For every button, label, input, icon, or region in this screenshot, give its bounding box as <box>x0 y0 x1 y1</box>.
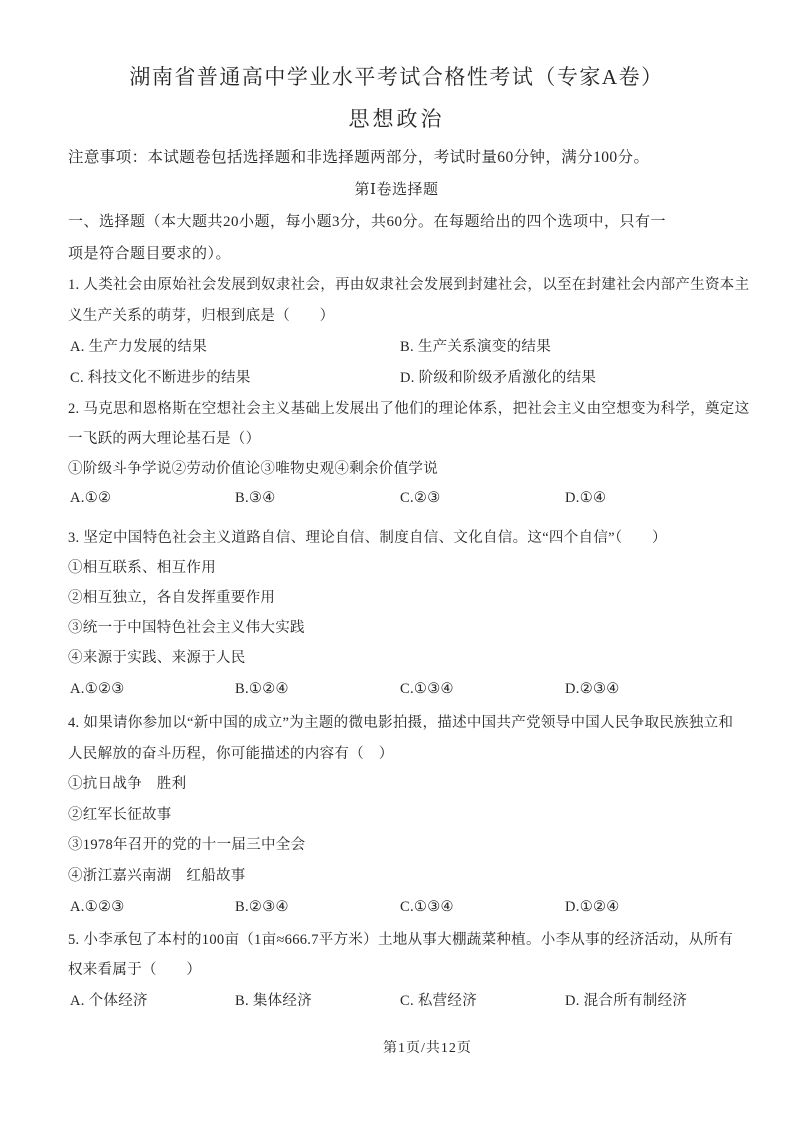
question-3-item-1: ①相互联系、相互作用 <box>68 557 216 579</box>
question-1-stem-line-2: 义生产关系的萌芽，归根到底是（ ） <box>68 305 334 327</box>
exam-notice: 注意事项：本试题卷包括选择题和非选择题两部分，考试时量60分钟，满分100分。 <box>68 147 649 169</box>
question-4-option-b: B.②③④ <box>235 896 289 918</box>
question-5-option-a: A. 个体经济 <box>70 990 148 1012</box>
question-1-option-d: D. 阶级和阶级矛盾激化的结果 <box>400 367 596 389</box>
question-4-stem-line-2: 人民解放的奋斗历程，你可能描述的内容有（ ） <box>68 743 394 765</box>
question-5-option-c: C. 私营经济 <box>400 990 477 1012</box>
exam-subject: 思想政治 <box>0 108 793 130</box>
question-5-stem-line-2: 权来看属于（ ） <box>68 959 201 981</box>
page-number-indicator: 第1页/共12页 <box>0 1038 793 1060</box>
question-1-options-row-1: A. 生产力发展的结果 B. 生产关系演变的结果 <box>68 336 748 358</box>
section-intro-line-2: 项是符合题目要求的）。 <box>68 243 231 265</box>
question-3-option-d: D.②③④ <box>565 678 620 700</box>
question-1-option-a: A. 生产力发展的结果 <box>70 336 207 358</box>
question-2-option-c: C.②③ <box>400 487 441 509</box>
exam-title: 湖南省普通高中学业水平考试合格性考试（专家A卷） <box>0 66 793 88</box>
exam-document-page: 湖南省普通高中学业水平考试合格性考试（专家A卷） 思想政治 注意事项：本试题卷包… <box>0 0 793 1122</box>
question-2-numbered-items: ①阶级斗争学说②劳动价值论③唯物史观④剩余价值学说 <box>68 458 438 480</box>
question-5-stem-line-1: 5. 小李承包了本村的100亩（1亩≈666.7平方米）土地从事大棚蔬菜种植。小… <box>68 929 733 951</box>
question-3-option-c: C.①③④ <box>400 678 454 700</box>
question-4-item-3: ③1978年召开的党的十一届三中全会 <box>68 834 305 856</box>
question-5-option-d: D. 混合所有制经济 <box>565 990 687 1012</box>
question-3-item-4: ④来源于实践、来源于人民 <box>68 647 246 669</box>
question-2-options-row: A.①② B.③④ C.②③ D.①④ <box>68 487 748 509</box>
question-4-options-row: A.①②③ B.②③④ C.①③④ D.①②④ <box>68 896 748 918</box>
section-intro-line-1: 一、选择题（本大题共20小题，每小题3分，共60分。在每题给出的四个选项中，只有… <box>68 211 666 233</box>
question-3-stem-line-1: 3. 坚定中国特色社会主义道路自信、理论自信、制度自信、文化自信。这“四个自信”… <box>68 527 667 549</box>
question-1-option-c: C. 科技文化不断进步的结果 <box>70 367 251 389</box>
question-4-item-2: ②红军长征故事 <box>68 804 172 826</box>
question-4-item-4: ④浙江嘉兴南湖 红船故事 <box>68 865 246 887</box>
question-3-item-3: ③统一于中国特色社会主义伟大实践 <box>68 617 305 639</box>
question-4-option-a: A.①②③ <box>70 896 125 918</box>
question-1-stem-line-1: 1. 人类社会由原始社会发展到奴隶社会，再由奴隶社会发展到封建社会，以至在封建社… <box>68 274 749 296</box>
question-1-option-b: B. 生产关系演变的结果 <box>400 336 551 358</box>
question-5-options-row: A. 个体经济 B. 集体经济 C. 私营经济 D. 混合所有制经济 <box>68 990 748 1012</box>
question-4-option-d: D.①②④ <box>565 896 620 918</box>
question-1-options-row-2: C. 科技文化不断进步的结果 D. 阶级和阶级矛盾激化的结果 <box>68 367 748 389</box>
question-2-option-a: A.①② <box>70 487 111 509</box>
section-1-title: 第Ⅰ卷选择题 <box>0 179 793 201</box>
question-5-option-b: B. 集体经济 <box>235 990 312 1012</box>
question-3-item-2: ②相互独立，各自发挥重要作用 <box>68 587 275 609</box>
question-3-option-b: B.①②④ <box>235 678 289 700</box>
question-4-stem-line-1: 4. 如果请你参加以“新中国的成立”为主题的微电影拍摄，描述中国共产党领导中国人… <box>68 712 733 734</box>
question-2-option-b: B.③④ <box>235 487 276 509</box>
question-4-item-1: ①抗日战争 胜利 <box>68 773 186 795</box>
question-3-option-a: A.①②③ <box>70 678 125 700</box>
question-3-options-row: A.①②③ B.①②④ C.①③④ D.②③④ <box>68 678 748 700</box>
question-4-option-c: C.①③④ <box>400 896 454 918</box>
question-2-stem-line-1: 2. 马克思和恩格斯在空想社会主义基础上发展出了他们的理论体系，把社会主义由空想… <box>68 398 749 420</box>
question-2-stem-line-2: 一飞跃的两大理论基石是（） <box>68 428 260 450</box>
question-2-option-d: D.①④ <box>565 487 606 509</box>
